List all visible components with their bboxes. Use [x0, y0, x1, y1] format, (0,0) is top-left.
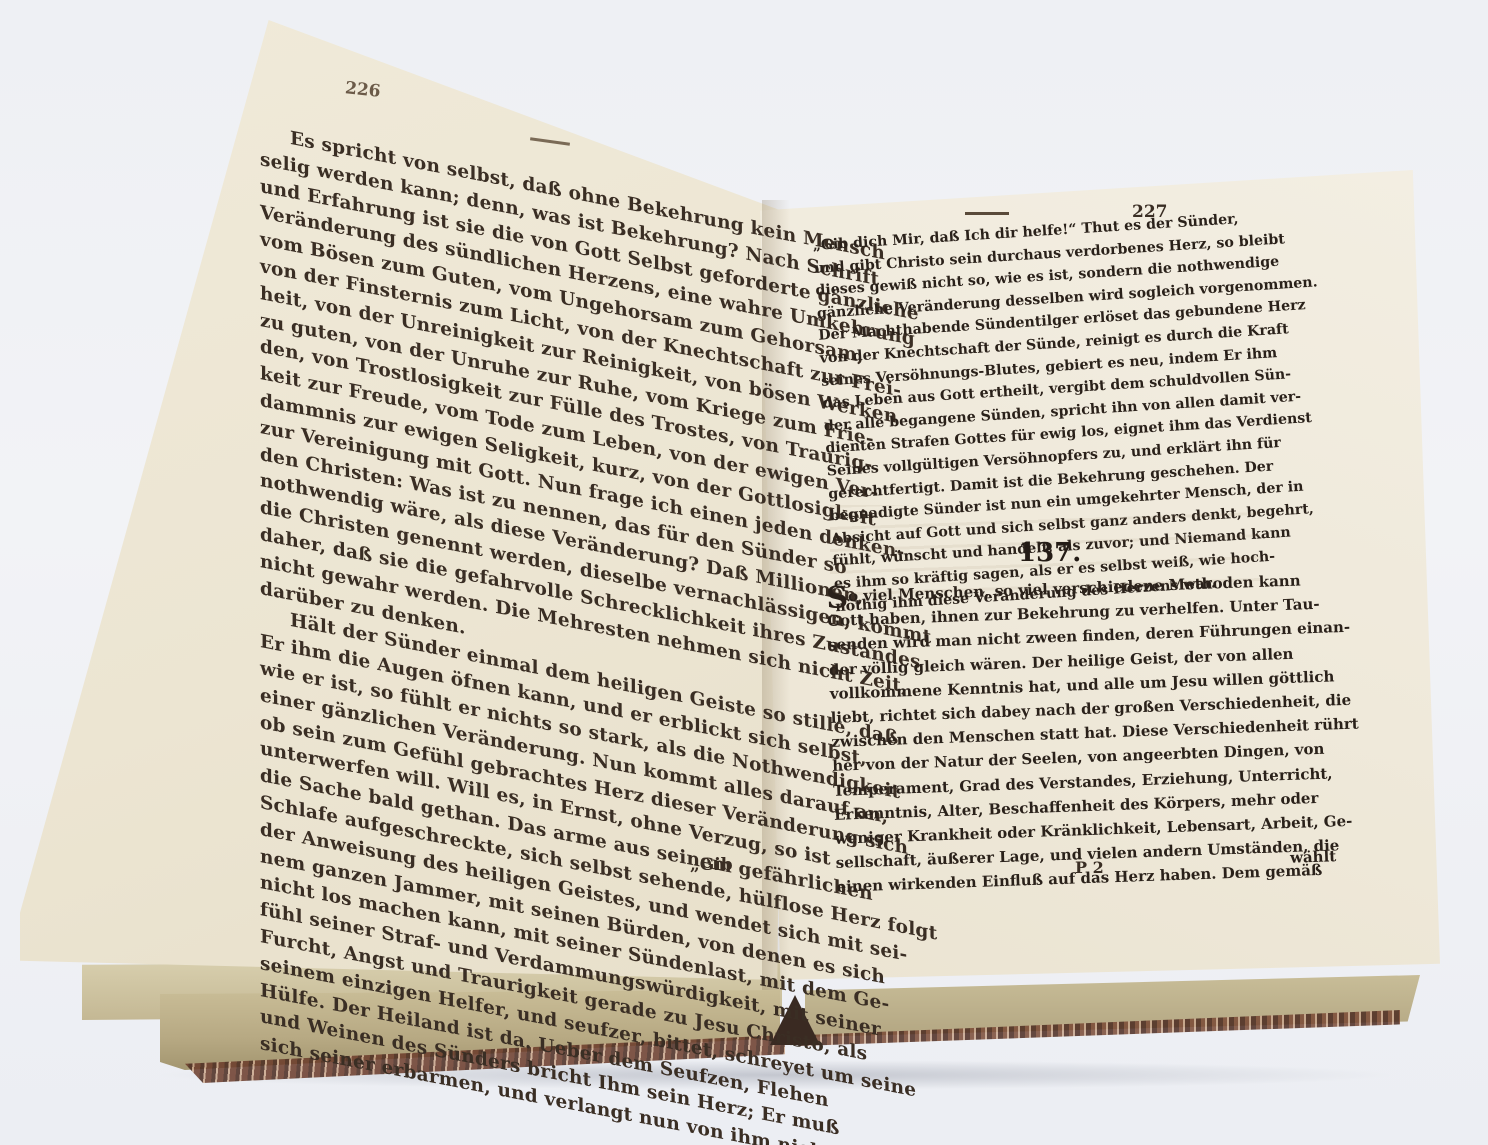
right-header-rule	[965, 212, 1009, 215]
left-page-text: Es spricht von selbst, daß ohne Bekehrun…	[260, 120, 730, 1145]
signature-mark: P 2	[1075, 858, 1104, 877]
book-photo: 226 Es spricht von selbst, daß ohne Beke…	[0, 0, 1488, 1145]
section-lines: Gott haben, ihnen zur Bekehrung zu verhe…	[827, 594, 1277, 900]
right-catchword: wählt	[1290, 847, 1337, 867]
section-number: 137.	[1018, 538, 1081, 568]
left-page-number: 226	[344, 78, 381, 102]
section-text: So viel Menschen, so viel verschiedene M…	[826, 570, 1277, 900]
left-catchword: „Gib	[690, 855, 733, 875]
